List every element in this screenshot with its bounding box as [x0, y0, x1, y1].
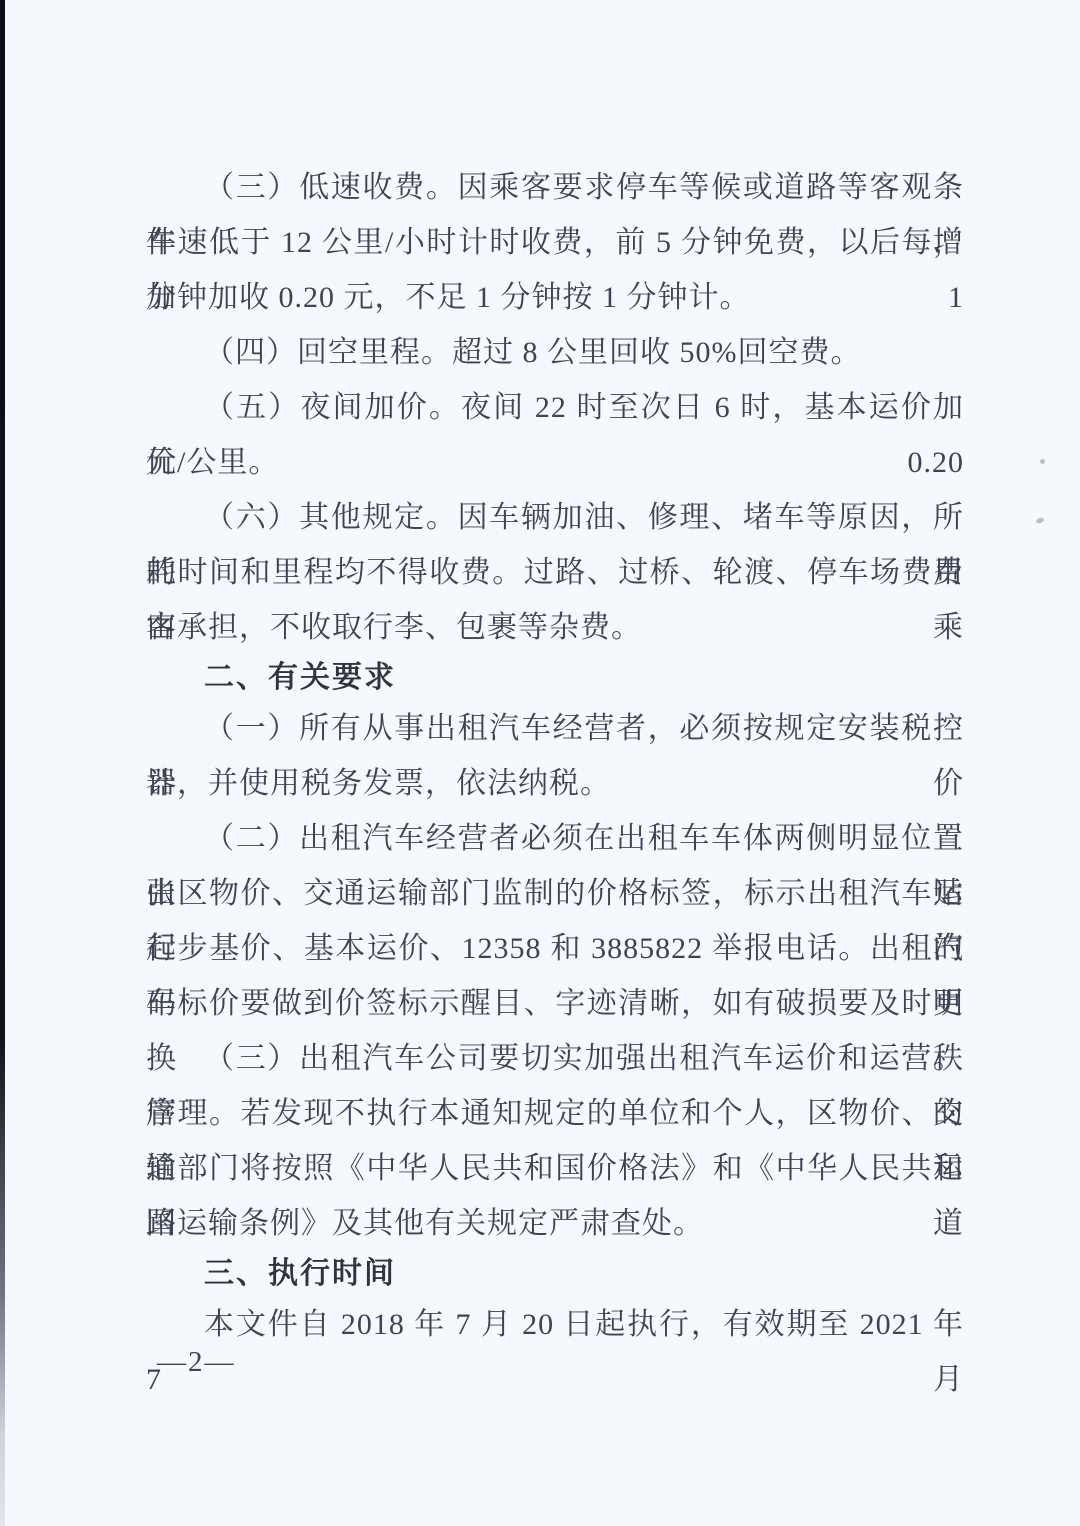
text-line: （三）低速收费。因乘客要求停车等候或道路等客观条件，	[146, 160, 964, 215]
text-line: 由区物价、交通运输部门监制的价格标签，标示出租汽车运行的	[146, 866, 964, 921]
scan-edge-artifact	[0, 0, 5, 1526]
text-line: 本文件自 2018 年 7 月 20 日起执行，有效期至 2021 年 7 月	[146, 1297, 964, 1352]
text-line: 管理。若发现不执行本通知规定的单位和个人，区物价、交通运	[146, 1086, 964, 1141]
document-lines: （三）低速收费。因乘客要求停车等候或道路等客观条件，车速低于 12 公里/小时计…	[146, 160, 964, 1352]
text-line: 车速低于 12 公里/小时计时收费，前 5 分钟免费，以后每增加 1	[146, 215, 964, 270]
text-line: 输部门将按照《中华人民共和国价格法》和《中华人民共和国道	[146, 1141, 964, 1196]
section-heading: 三、执行时间	[146, 1251, 964, 1297]
text-line: （二）出租汽车经营者必须在出租车车体两侧明显位置张贴	[146, 811, 964, 866]
text-line: 的时间和里程均不得收费。过路、过桥、轮渡、停车场费用由乘	[146, 545, 964, 600]
text-line: （六）其他规定。因车辆加油、修理、堵车等原因，所耗费	[146, 490, 964, 545]
scanned-document-page: （三）低速收费。因乘客要求停车等候或道路等客观条件，车速低于 12 公里/小时计…	[0, 0, 1080, 1526]
text-line: （四）回空里程。超过 8 公里回收 50%回空费。	[146, 325, 964, 380]
text-line: 起步基价、基本运价、12358 和 3885822 举报电话。出租汽车明	[146, 921, 964, 976]
text-line: （五）夜间加价。夜间 22 时至次日 6 时，基本运价加价 0.20	[146, 380, 964, 435]
text-line: （一）所有从事出租汽车经营者，必须按规定安装税控计价	[146, 701, 964, 756]
scan-speck-artifact	[1040, 459, 1045, 464]
scan-speck-artifact	[1035, 517, 1044, 524]
page-number: —2—	[157, 1340, 236, 1384]
text-line: （三）出租汽车公司要切实加强出租汽车运价和运营秩序的	[146, 1031, 964, 1086]
section-heading: 二、有关要求	[146, 655, 964, 701]
text-line: 码标价要做到价签标示醒目、字迹清晰，如有破损要及时更换。	[146, 976, 964, 1031]
